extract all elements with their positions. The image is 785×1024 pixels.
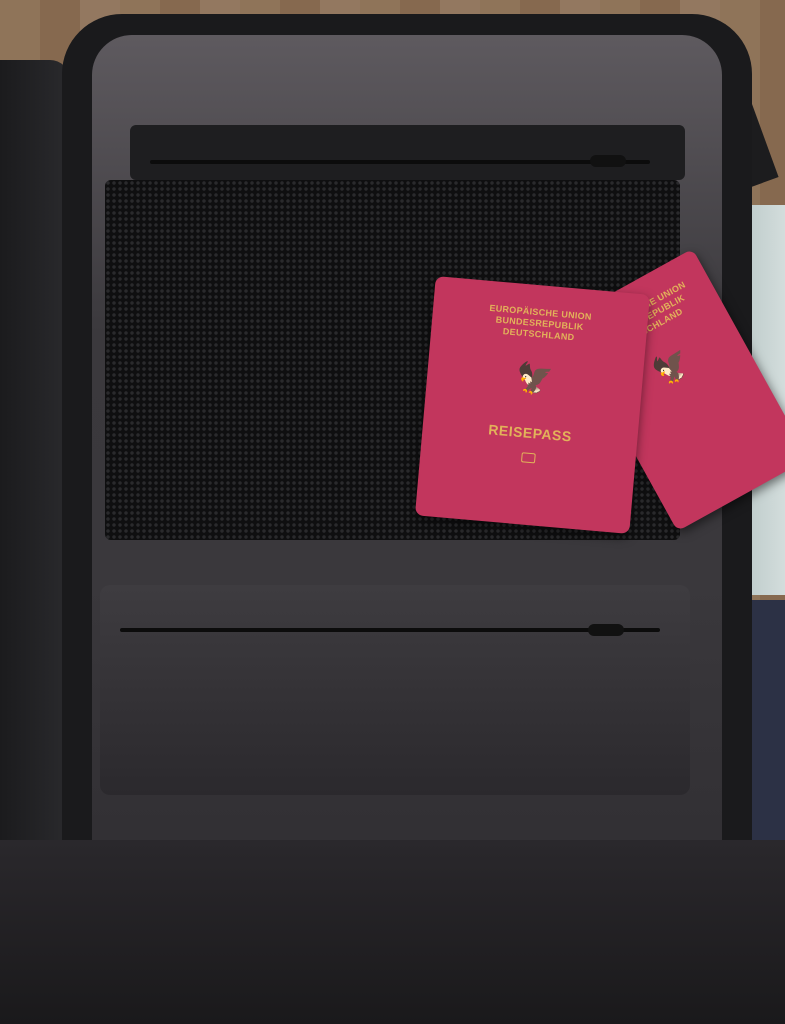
passport-front: EUROPÄISCHE UNION BUNDESREPUBLIK DEUTSCH… xyxy=(415,276,650,534)
lower-zip-pocket xyxy=(100,585,690,795)
backpack-bottom-flap xyxy=(0,840,785,1024)
passport-title: REISEPASS xyxy=(422,416,638,451)
eagle-icon: 🦅 xyxy=(426,353,643,407)
biometric-chip-icon xyxy=(520,452,535,463)
top-zipper xyxy=(150,160,650,164)
lower-zipper xyxy=(120,628,660,632)
top-zip-pocket xyxy=(130,125,685,180)
passport-header: EUROPÄISCHE UNION BUNDESREPUBLIK DEUTSCH… xyxy=(431,298,648,350)
zipper-pull-icon xyxy=(588,624,624,636)
zipper-pull-icon xyxy=(590,155,626,167)
